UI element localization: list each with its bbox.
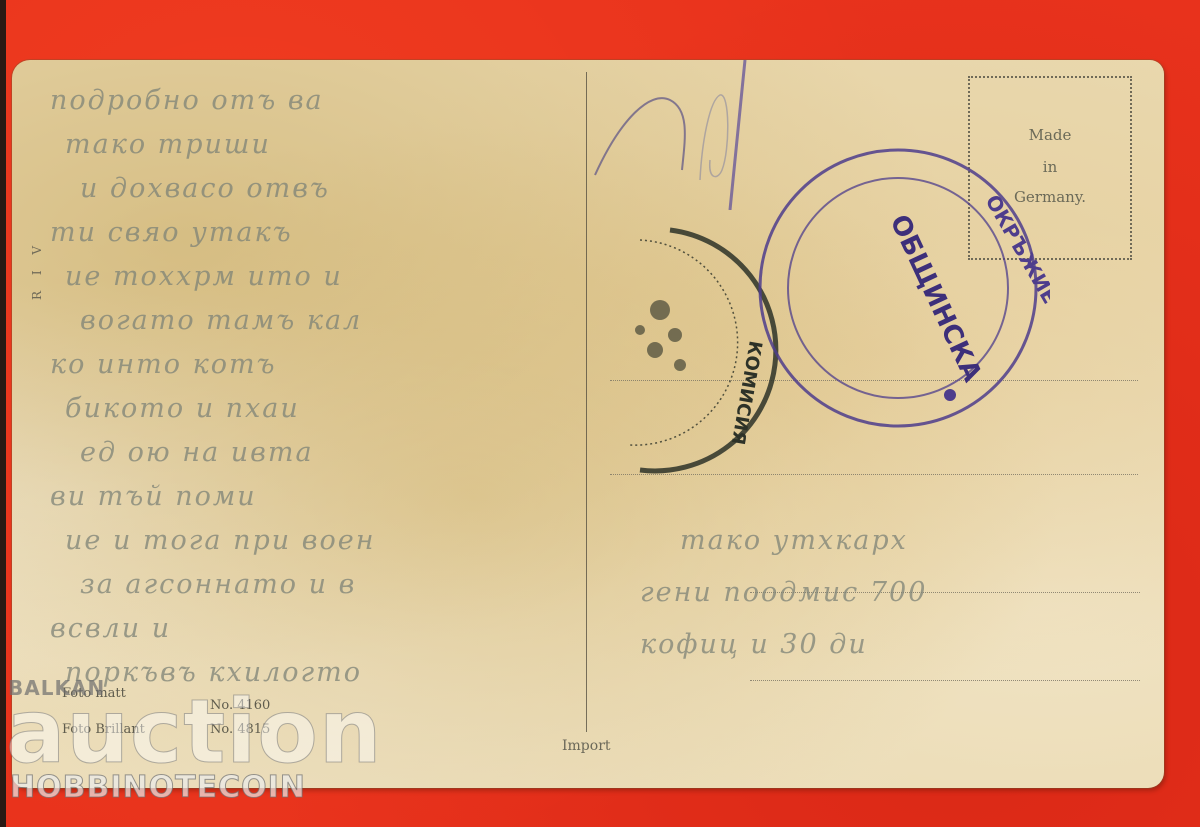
black-postmark: КОМИСИЯ	[560, 210, 780, 490]
handwriting-line: и дохвасо отвъ	[80, 173, 330, 204]
printer-vertical-text: R I V	[30, 240, 44, 300]
handwriting-line: тако утхкарх	[680, 525, 908, 556]
handwriting-line: ко инто котъ	[50, 349, 277, 380]
violet-postmark: ОКРЪЖИЕ • ОКОЛИЯ ОБЩИНСКА	[750, 140, 1050, 440]
handwriting-line: ти свяо утакъ	[50, 217, 293, 248]
watermark-brand: BALKAN	[8, 676, 105, 700]
handwriting-line: всвли и	[50, 613, 171, 644]
handwriting-line: ед ою на ивта	[80, 437, 314, 468]
handwriting-line: ви тъй поми	[50, 481, 257, 512]
handwriting-line: бикото и пхаи	[65, 393, 300, 424]
address-line	[750, 680, 1140, 681]
violet-postmark-outer-text: ОКРЪЖИЕ • ОКОЛИЯ	[981, 191, 1050, 417]
handwriting-line: за агсоннато и в	[80, 569, 356, 600]
handwriting-line: тако триши	[65, 129, 271, 160]
handwriting-line: гени поодмис 700	[640, 577, 927, 608]
handwriting-line: вогато тамъ кал	[80, 305, 362, 336]
import-label: Import	[562, 738, 611, 754]
violet-postmark-inner-text: ОБЩИНСКА	[884, 210, 987, 386]
handwriting-line: ие тоххрм ито и	[65, 261, 343, 292]
handwriting-line: кофиц и 30 ди	[640, 629, 868, 660]
watermark-site: HOBBINOTECOIN	[10, 770, 306, 805]
handwriting-line: подробно отъ ва	[50, 85, 324, 116]
handwriting-line: ие и тога при воен	[65, 525, 375, 556]
